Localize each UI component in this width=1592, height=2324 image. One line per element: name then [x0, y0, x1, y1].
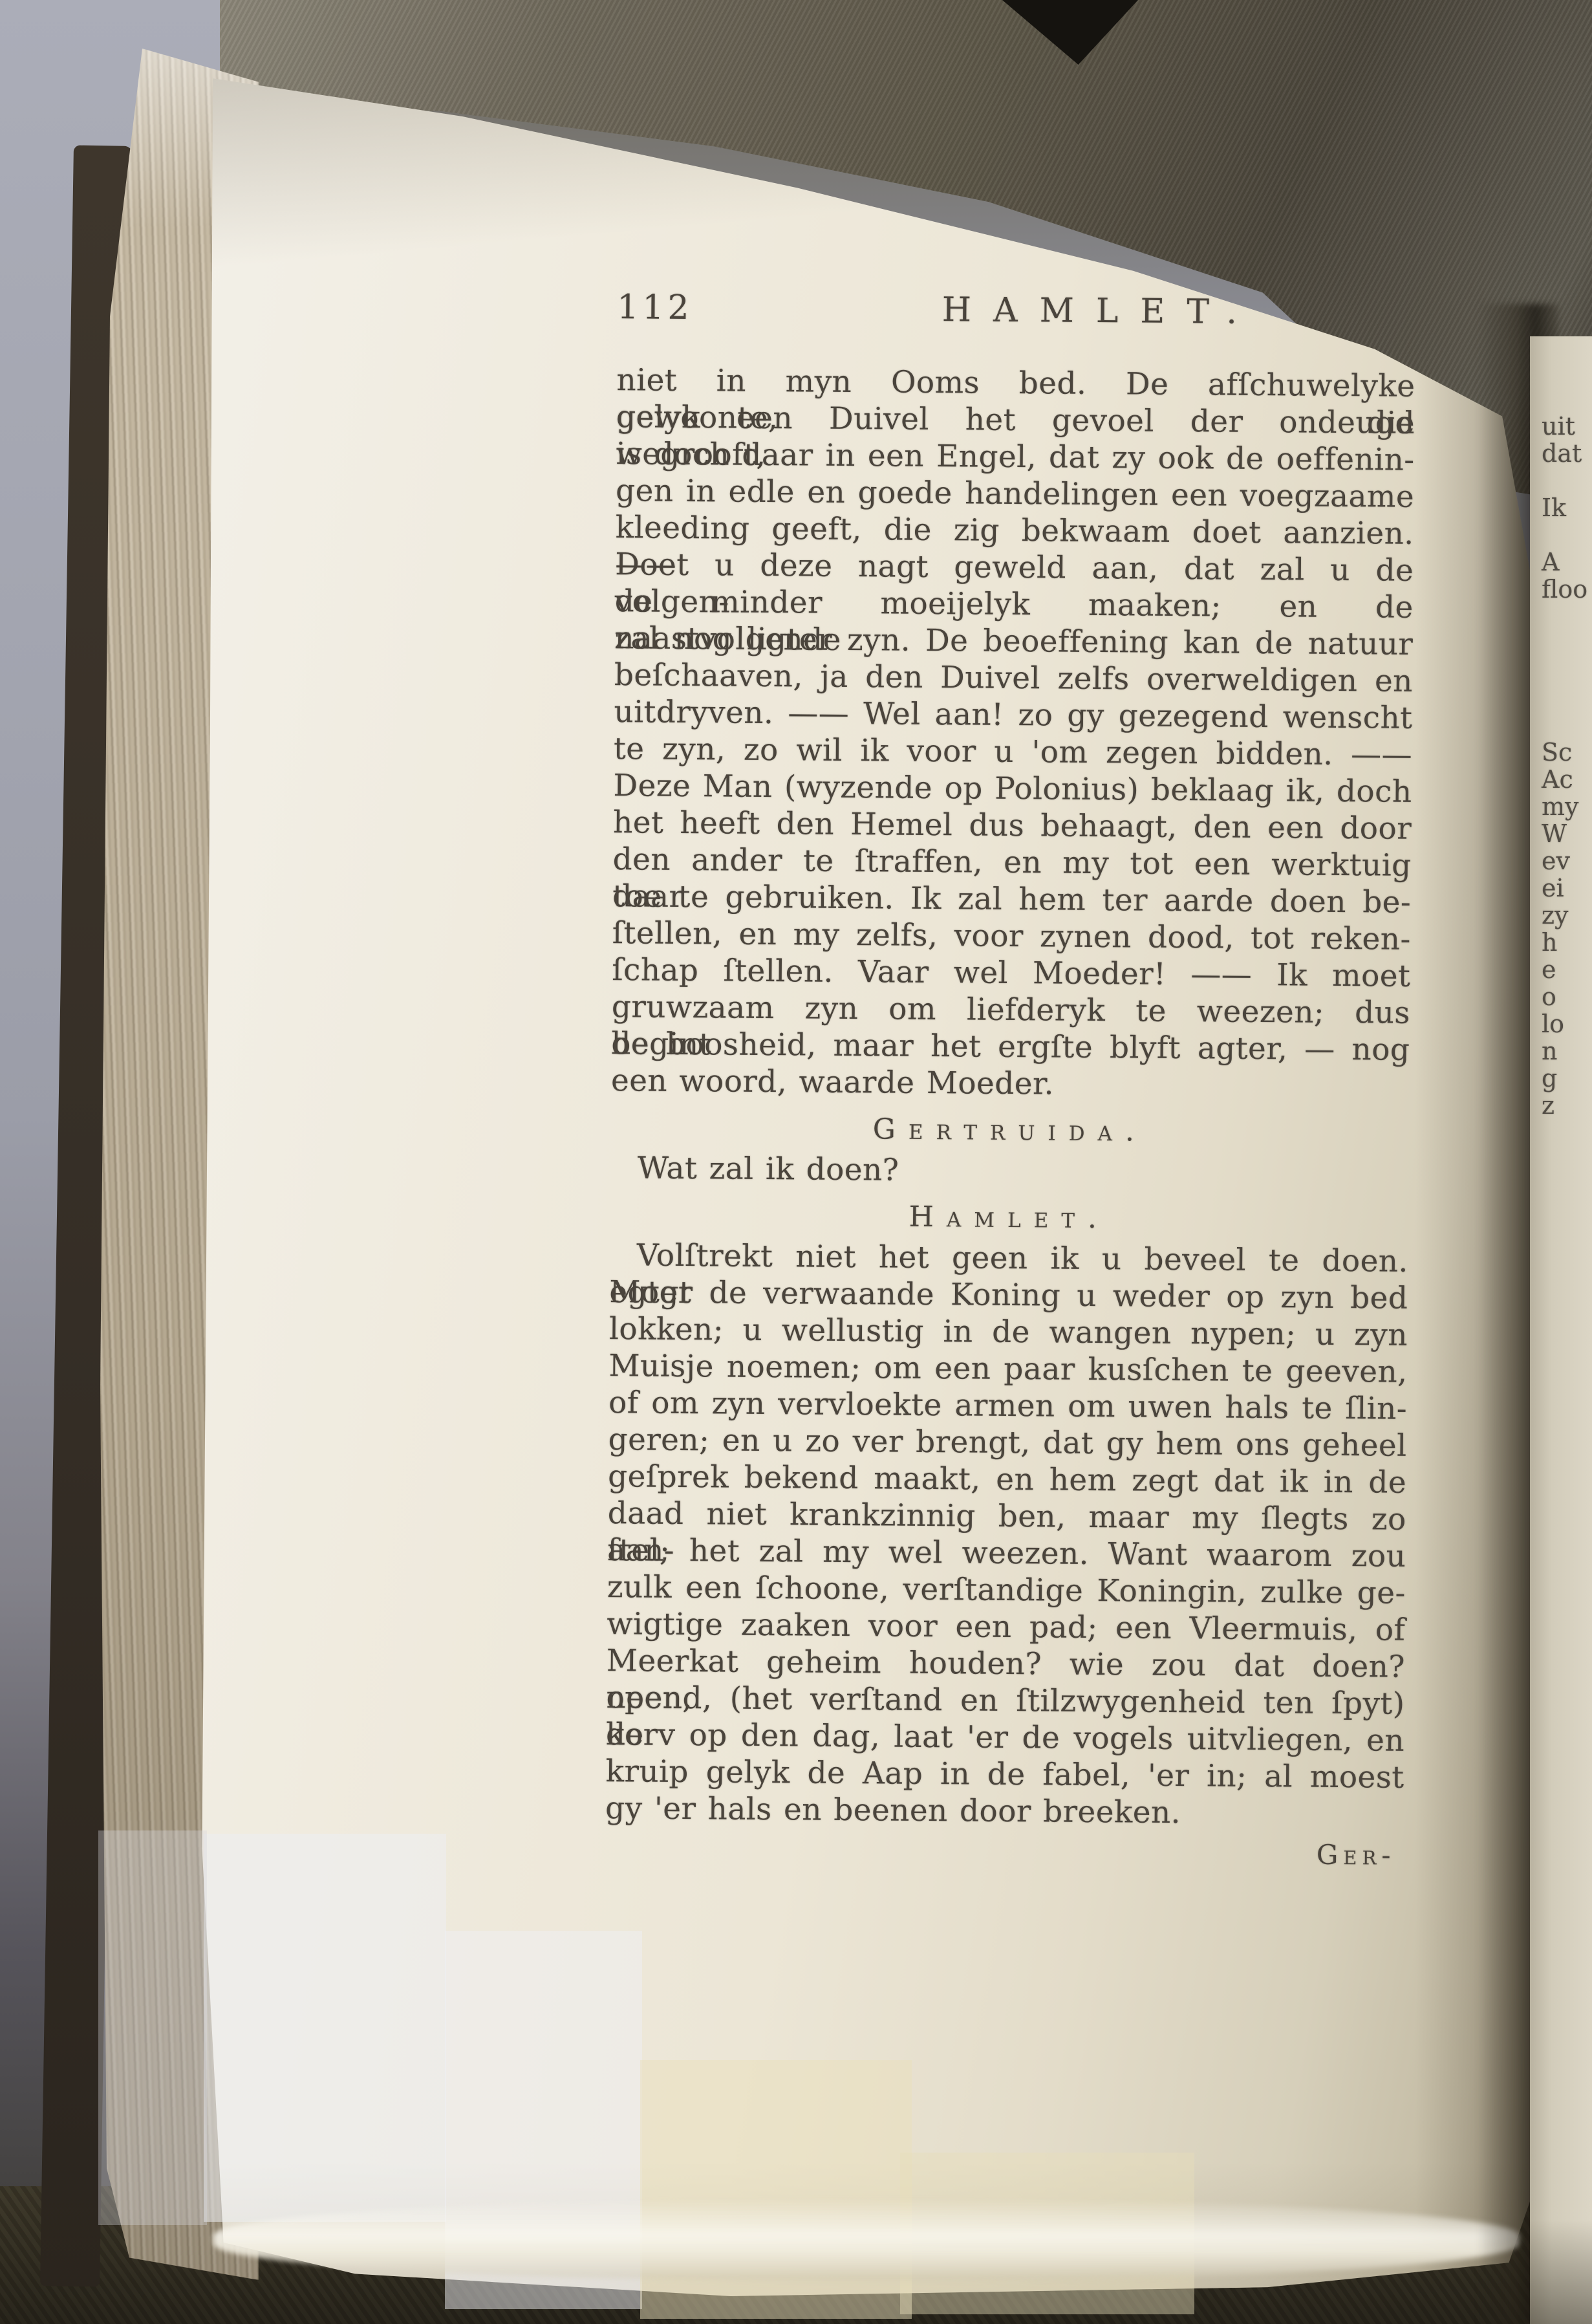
text-line: zal nog ligter zyn. De beoeffening kan d…	[614, 620, 1413, 663]
page-deckle-edge	[213, 2199, 1520, 2280]
text-line: te zyn, zo wil ik voor u 'om zegen bidde…	[614, 730, 1412, 774]
text-line: lokken; u wellustig in de wangen nypen; …	[609, 1310, 1408, 1354]
text-line: kruip gelyk de Aap in de fabel, 'er in; …	[605, 1753, 1404, 1796]
text-line: ſchap ſtellen. Vaar wel Moeder! —— Ik mo…	[612, 951, 1410, 995]
text-line: niet in myn Ooms bed. De afſchuwelyke ge…	[616, 362, 1415, 405]
scan-artifact-patch	[640, 2060, 912, 2319]
text-line: wigtige zaaken voor een pad; een Vleermu…	[607, 1605, 1405, 1649]
text-line: opend, (het verſtand en ſtilzwygenheid t…	[606, 1679, 1404, 1722]
text-line: korv op den dag, laat 'er de vogels uitv…	[606, 1716, 1404, 1759]
page-text-block: 112 HAMLET. niet in myn Ooms bed. De afſ…	[605, 288, 1415, 1872]
text-line: Doet u deze nagt geweld aan, dat zal u d…	[615, 546, 1414, 589]
text-line: daad niet krankzinnig ben, maar my ſlegt…	[607, 1495, 1406, 1538]
speaker-heading-gertruida: Gertruida.	[610, 1109, 1409, 1152]
hamlet-speech-2: Volſtrekt niet het geen ik u beveel te d…	[605, 1237, 1408, 1833]
text-line: Meerkat geheim houden? wie zou dat doen?…	[607, 1642, 1405, 1686]
scan-artifact-patch	[98, 1830, 207, 2225]
text-line: kleeding geeft, die zig bekwaam doet aan…	[615, 509, 1414, 552]
text-line: den ander te ſtraffen, en my tot een wer…	[612, 841, 1411, 884]
speaker-heading-hamlet: Hamlet.	[610, 1197, 1408, 1239]
text-line: Deze Man (wyzende op Polonius) beklaag i…	[613, 767, 1412, 810]
text-line: geren; en u zo ver brengt, dat gy hem on…	[608, 1421, 1406, 1464]
text-line: een woord, waarde Moeder.	[611, 1062, 1410, 1105]
text-line: gen in edle en goede handelingen een voe…	[616, 472, 1414, 516]
text-line: gelyk een Duivel het gevoel der ondeugd …	[616, 398, 1415, 442]
text-line: zulk een ſchoone, verſtandige Koningin, …	[607, 1569, 1406, 1612]
text-line: gruwzaam zyn om liefderyk te weezen; dus…	[612, 988, 1410, 1032]
text-line: beſchaaven, ja den Duivel zelfs overweld…	[614, 657, 1413, 700]
hamlet-speech-1: niet in myn Ooms bed. De afſchuwelyke ge…	[611, 362, 1415, 1105]
scan-artifact-patch	[204, 1834, 446, 2222]
text-line: uitdryven. —— Wel aan! zo gy gezegend we…	[614, 693, 1412, 737]
gertruida-line: Wat zal ik doen?	[610, 1149, 1409, 1193]
running-title: HAMLET.	[749, 289, 1451, 334]
text-line: egter de verwaande Koning u weder op zyn…	[609, 1274, 1408, 1317]
text-line: is doch daar in een Engel, dat zy ook de…	[616, 435, 1414, 479]
text-line: ſtel; het zal my wel weezen. Want waarom…	[607, 1532, 1406, 1575]
text-line: gy 'er hals en beenen door breeken.	[605, 1790, 1404, 1833]
text-line: of om zyn vervloekte armen om uwen hals …	[608, 1384, 1407, 1428]
facing-page-text-fragments: uit dat Ik A floo Sc Ac my W ev ei zy h …	[1542, 413, 1592, 1119]
book-photo: { "page": { "number": "112", "running_ti…	[0, 0, 1592, 2324]
text-line: het heeft den Hemel dus behaagt, den een…	[613, 804, 1412, 847]
text-line: geſprek bekend maakt, en hem zegt dat ik…	[608, 1458, 1406, 1501]
text-line: Muisje noemen; om een paar kusſchen te g…	[608, 1347, 1407, 1391]
text-line: ſtellen, en my zelfs, voor zynen dood, t…	[612, 915, 1411, 958]
facing-page-edge: uit dat Ik A floo Sc Ac my W ev ei zy h …	[1530, 336, 1592, 2324]
page-number: 112	[617, 288, 714, 327]
text-line: toe te gebruiken. Ik zal hem ter aarde d…	[612, 878, 1411, 921]
catchword: Ger-	[605, 1833, 1403, 1872]
page-header: 112 HAMLET.	[617, 288, 1415, 334]
text-line: Volſtrekt niet het geen ik u beveel te d…	[610, 1237, 1408, 1280]
text-line: de minder moeijelyk maaken; en de naastv…	[615, 583, 1414, 626]
text-line: de boosheid, maar het ergſte blyft agter…	[611, 1025, 1410, 1069]
